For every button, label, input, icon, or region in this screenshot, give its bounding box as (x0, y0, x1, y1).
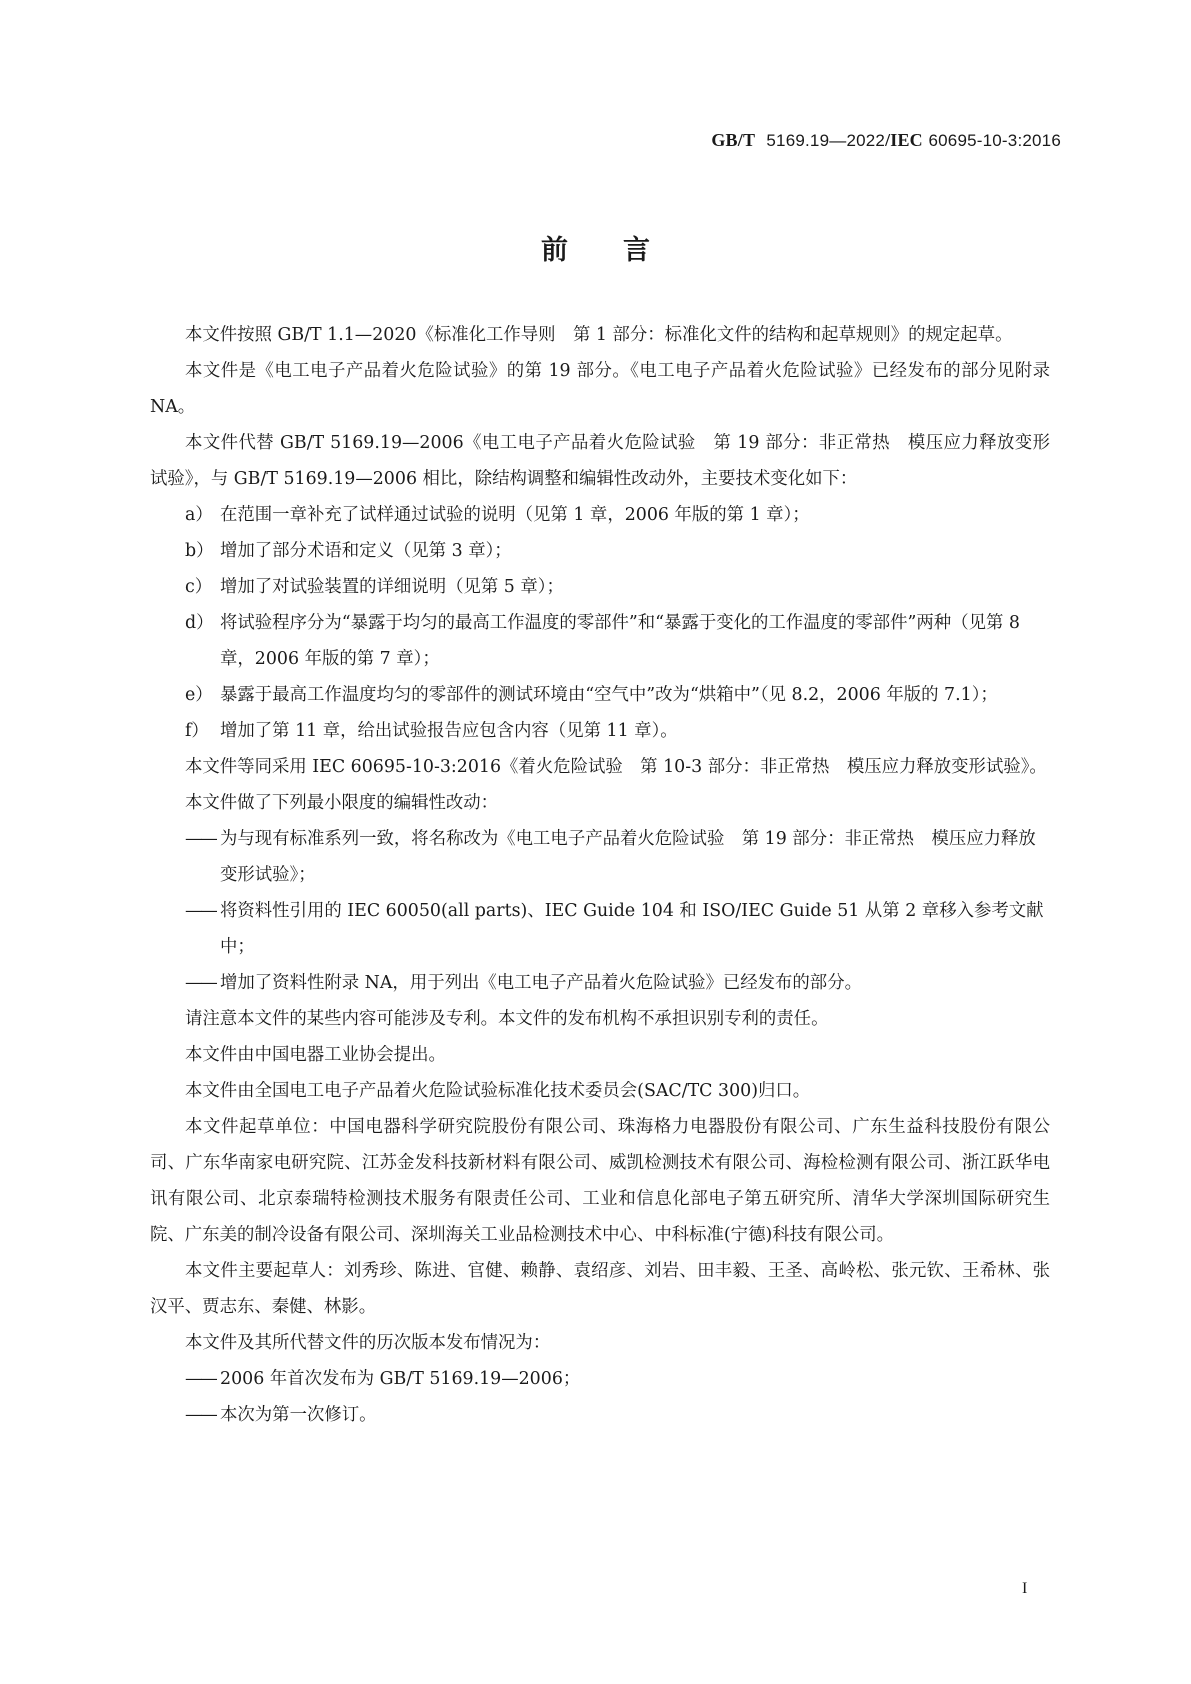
list-item: a）在范围一章补充了试样通过试验的说明（见第 1 章，2006 年版的第 1 章… (150, 497, 1050, 533)
paragraph-replaces: 本文件代替 GB/T 5169.19—2006《电工电子产品着火危险试验 第 1… (150, 425, 1050, 497)
paragraph-editorial-intro: 本文件做了下列最小限度的编辑性改动： (150, 785, 1050, 821)
header-std-number: 5169.19—2022 (766, 131, 885, 150)
paragraph-proposed-by: 本文件由中国电器工业协会提出。 (150, 1037, 1050, 1073)
editorial-changes-list: ——为与现有标准系列一致，将名称改为《电工电子产品着火危险试验 第 19 部分：… (150, 821, 1050, 1001)
page-title: 前言 (0, 228, 1191, 267)
list-item: d）将试验程序分为“暴露于均匀的最高工作温度的零部件”和“暴露于变化的工作温度的… (150, 605, 1050, 677)
list-item: ——本次为第一次修订。 (150, 1397, 1050, 1433)
page-number: I (1022, 1580, 1027, 1598)
list-item: ——将资料性引用的 IEC 60050(all parts)、IEC Guide… (150, 893, 1050, 965)
paragraph-drafting-rules: 本文件按照 GB/T 1.1—2020《标准化工作导则 第 1 部分：标准化文件… (150, 317, 1050, 353)
header-iec-number: 60695-10-3:2016 (928, 131, 1061, 150)
history-list: ——2006 年首次发布为 GB/T 5169.19—2006； ——本次为第一… (150, 1361, 1050, 1433)
paragraph-patent-note: 请注意本文件的某些内容可能涉及专利。本文件的发布机构不承担识别专利的责任。 (150, 1001, 1050, 1037)
header-iec: /IEC (885, 130, 923, 150)
document-body: 本文件按照 GB/T 1.1—2020《标准化工作导则 第 1 部分：标准化文件… (150, 317, 1050, 1433)
paragraph-drafters: 本文件主要起草人：刘秀珍、陈进、官健、赖静、袁绍彦、刘岩、田丰毅、王圣、高岭松、… (150, 1253, 1050, 1325)
list-item: ——2006 年首次发布为 GB/T 5169.19—2006； (150, 1361, 1050, 1397)
document-header: GB/T 5169.19—2022/IEC 60695-10-3:2016 (711, 130, 1061, 151)
list-item: c）增加了对试验装置的详细说明（见第 5 章）； (150, 569, 1050, 605)
paragraph-series-part: 本文件是《电工电子产品着火危险试验》的第 19 部分。《电工电子产品着火危险试验… (150, 353, 1050, 425)
paragraph-adoption: 本文件等同采用 IEC 60695-10-3:2016《着火危险试验 第 10-… (150, 749, 1050, 785)
header-prefix: GB/T (711, 130, 755, 150)
list-item: e）暴露于最高工作温度均匀的零部件的测试环境由“空气中”改为“烘箱中”（见 8.… (150, 677, 1050, 713)
paragraph-drafting-units: 本文件起草单位：中国电器科学研究院股份有限公司、珠海格力电器股份有限公司、广东生… (150, 1109, 1050, 1253)
paragraph-centralized-by: 本文件由全国电工电子产品着火危险试验标准化技术委员会(SAC/TC 300)归口… (150, 1073, 1050, 1109)
technical-changes-list: a）在范围一章补充了试样通过试验的说明（见第 1 章，2006 年版的第 1 章… (150, 497, 1050, 749)
list-item: ——为与现有标准系列一致，将名称改为《电工电子产品着火危险试验 第 19 部分：… (150, 821, 1050, 893)
list-item: ——增加了资料性附录 NA，用于列出《电工电子产品着火危险试验》已经发布的部分。 (150, 965, 1050, 1001)
paragraph-history-intro: 本文件及其所代替文件的历次版本发布情况为： (150, 1325, 1050, 1361)
list-item: f）增加了第 11 章，给出试验报告应包含内容（见第 11 章）。 (150, 713, 1050, 749)
list-item: b）增加了部分术语和定义（见第 3 章）； (150, 533, 1050, 569)
